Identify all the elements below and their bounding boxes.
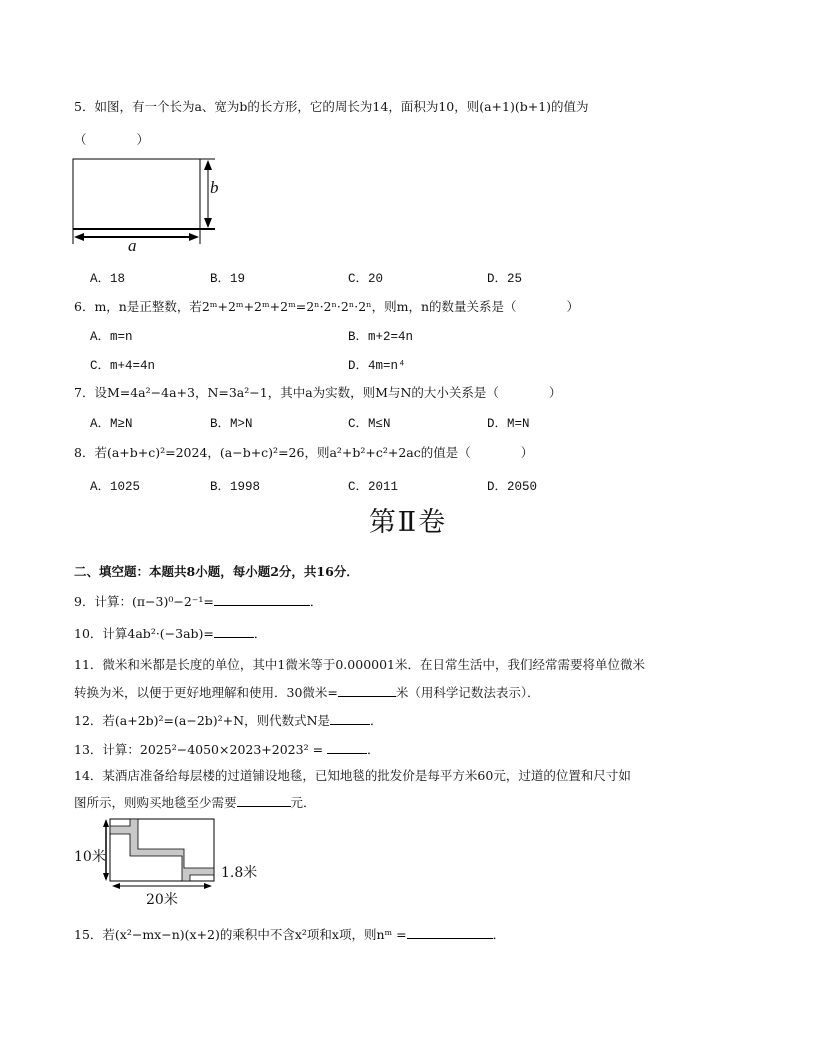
q12-prefix: 12．若(a+2b)²=(a−2b)²+N，则代数式N是 — [74, 713, 330, 728]
rectangle-figure — [70, 156, 220, 256]
q6-option-b: B．m+2=4n — [348, 326, 413, 344]
height-label: 10米 — [74, 846, 106, 866]
q13-answer-blank[interactable] — [327, 741, 367, 754]
question-13: 13．计算：2025²−4050×2023+2023² = ． — [74, 740, 380, 758]
q9-prefix: 9．计算：(π−3)⁰−2⁻¹= — [74, 594, 214, 609]
question-10: 10．计算4ab²·(−3ab)=． — [74, 624, 266, 642]
q6-option-d: D．4m=n⁴ — [348, 355, 406, 373]
q14-prefix: 图所示，则购买地毯至少需要 — [74, 795, 237, 810]
question-15: 15．若(x²−mx−n)(x+2)的乘积中不含x²项和x项，则nᵐ =． — [74, 925, 505, 943]
section-2-header: 二、填空题：本题共8小题，每小题2分，共16分． — [74, 562, 359, 580]
q8-option-b: B．1998 — [210, 476, 260, 494]
question-6-stem: 6．m，n是正整数，若2ᵐ+2ᵐ+2ᵐ+2ᵐ=2ⁿ·2ⁿ·2ⁿ·2ⁿ，则m，n的… — [74, 297, 579, 315]
q8-option-a: A．1025 — [90, 476, 140, 494]
q5-option-c: C．20 — [348, 268, 383, 286]
question-14-line-2: 图所示，则购买地毯至少需要元． — [74, 793, 316, 811]
q7-option-b: B．M>N — [210, 413, 253, 431]
q7-option-a: A．M≥N — [90, 413, 133, 431]
q15-suffix: ． — [493, 927, 506, 942]
q15-prefix: 15．若(x²−mx−n)(x+2)的乘积中不含x²项和x项，则nᵐ = — [74, 927, 407, 942]
q8-option-d: D．2050 — [487, 476, 537, 494]
question-8-stem: 8．若(a+b+c)²=2024，(a−b+c)²=26，则a²+b²+c²+2… — [74, 443, 533, 461]
q6-option-c: C．m+4=4n — [90, 355, 155, 373]
corridor-figure — [100, 816, 220, 891]
width-label: 20米 — [146, 889, 178, 909]
q7-option-d: D．M=N — [487, 413, 530, 431]
question-7-stem: 7．设M=4a²−4a+3，N=3a²−1，其中a为实数，则M与N的大小关系是（… — [74, 383, 561, 401]
q15-answer-blank[interactable] — [407, 926, 493, 939]
q12-answer-blank[interactable] — [330, 712, 370, 725]
q11-prefix: 转换为米，以便于更好地理解和使用．30微米= — [74, 685, 338, 700]
q10-answer-blank[interactable] — [214, 625, 254, 638]
question-5-stem: 5．如图，有一个长为a、宽为b的长方形，它的周长为14，面积为10，则(a+1)… — [74, 97, 589, 115]
q10-prefix: 10．计算4ab²·(−3ab)= — [74, 626, 214, 641]
q13-prefix: 13．计算：2025²−4050×2023+2023² = — [74, 742, 323, 757]
corridor-width-label: 1.8米 — [221, 862, 257, 882]
question-9: 9．计算：(π−3)⁰−2⁻¹=． — [74, 592, 322, 610]
q7-option-c: C．M≤N — [348, 413, 391, 431]
q5-option-d: D．25 — [487, 268, 522, 286]
q6-option-a: A．m=n — [90, 326, 133, 344]
question-11-line-1: 11．微米和米都是长度的单位，其中1微米等于0.000001米．在日常生活中，我… — [74, 655, 645, 673]
q14-suffix: 元． — [291, 795, 316, 810]
q5-option-b: B．19 — [210, 268, 245, 286]
label-a: a — [128, 236, 137, 256]
q9-answer-blank[interactable] — [214, 593, 310, 606]
q8-option-c: C．2011 — [348, 476, 398, 494]
part-2-title: 第Ⅱ卷 — [0, 500, 816, 539]
q12-suffix: ． — [370, 713, 383, 728]
question-11-line-2: 转换为米，以便于更好地理解和使用．30微米=米（用科学记数法表示）． — [74, 683, 540, 701]
question-12: 12．若(a+2b)²=(a−2b)²+N，则代数式N是． — [74, 711, 383, 729]
q10-suffix: ． — [254, 626, 267, 641]
q9-suffix: ． — [310, 594, 323, 609]
question-5-answer-paren: （ ） — [74, 130, 149, 148]
q14-answer-blank[interactable] — [237, 794, 291, 807]
question-14-line-1: 14．某酒店准备给每层楼的过道铺设地毯，已知地毯的批发价是每平方米60元，过道的… — [74, 766, 631, 784]
label-b: b — [210, 178, 219, 198]
q11-answer-blank[interactable] — [338, 684, 396, 697]
q5-option-a: A．18 — [90, 268, 125, 286]
q13-suffix: ． — [367, 742, 380, 757]
q11-suffix: 米（用科学记数法表示）． — [396, 685, 540, 700]
